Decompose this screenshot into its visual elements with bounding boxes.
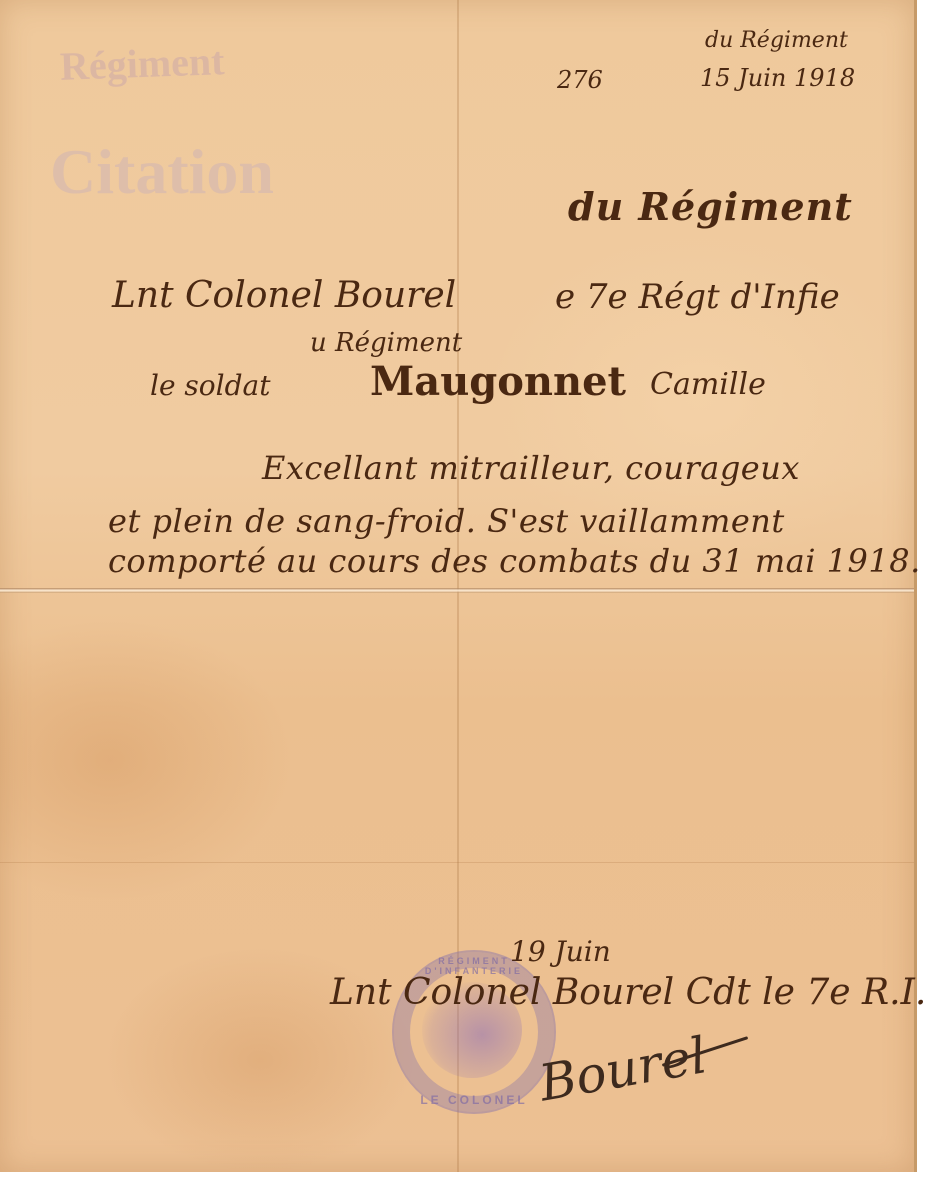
header-regiment-label: du Régiment — [705, 30, 848, 52]
document-title: du Régiment — [568, 188, 853, 226]
document-paper: Régiment Citation du Régiment 276 15 Jui… — [0, 0, 917, 1172]
stamp-bottom-text: LE COLONEL — [394, 1093, 554, 1107]
faint-preprinted-header: Régiment — [59, 37, 225, 90]
citation-line-2: et plein de sang-froid. S'est vaillammen… — [108, 505, 785, 537]
signature-date: 19 Juin — [510, 938, 611, 966]
citation-line-1: Excellant mitrailleur, courageux — [262, 452, 800, 484]
handwritten-signature: Bourel — [535, 1026, 711, 1112]
reference-number: 276 — [557, 68, 603, 92]
faint-preprinted-title: Citation — [50, 135, 274, 209]
soldier-rank: le soldat — [150, 372, 270, 400]
soldier-first-name: Camille — [650, 370, 766, 400]
issuing-officer: Lnt Colonel Bourel — [112, 278, 456, 314]
soldier-surname: Maugonnet — [370, 362, 626, 402]
issuing-unit: e 7e Régt d'Infie — [555, 280, 840, 314]
header-date: 15 Juin 1918 — [700, 66, 855, 90]
order-line: u Régiment — [310, 330, 462, 356]
signatory-line: Lnt Colonel Bourel Cdt le 7e R.I. — [330, 975, 925, 1011]
citation-line-3: comporté au cours des combats du 31 mai … — [108, 545, 921, 577]
lower-fold-line — [0, 862, 914, 863]
horizontal-fold-tear — [0, 588, 914, 593]
